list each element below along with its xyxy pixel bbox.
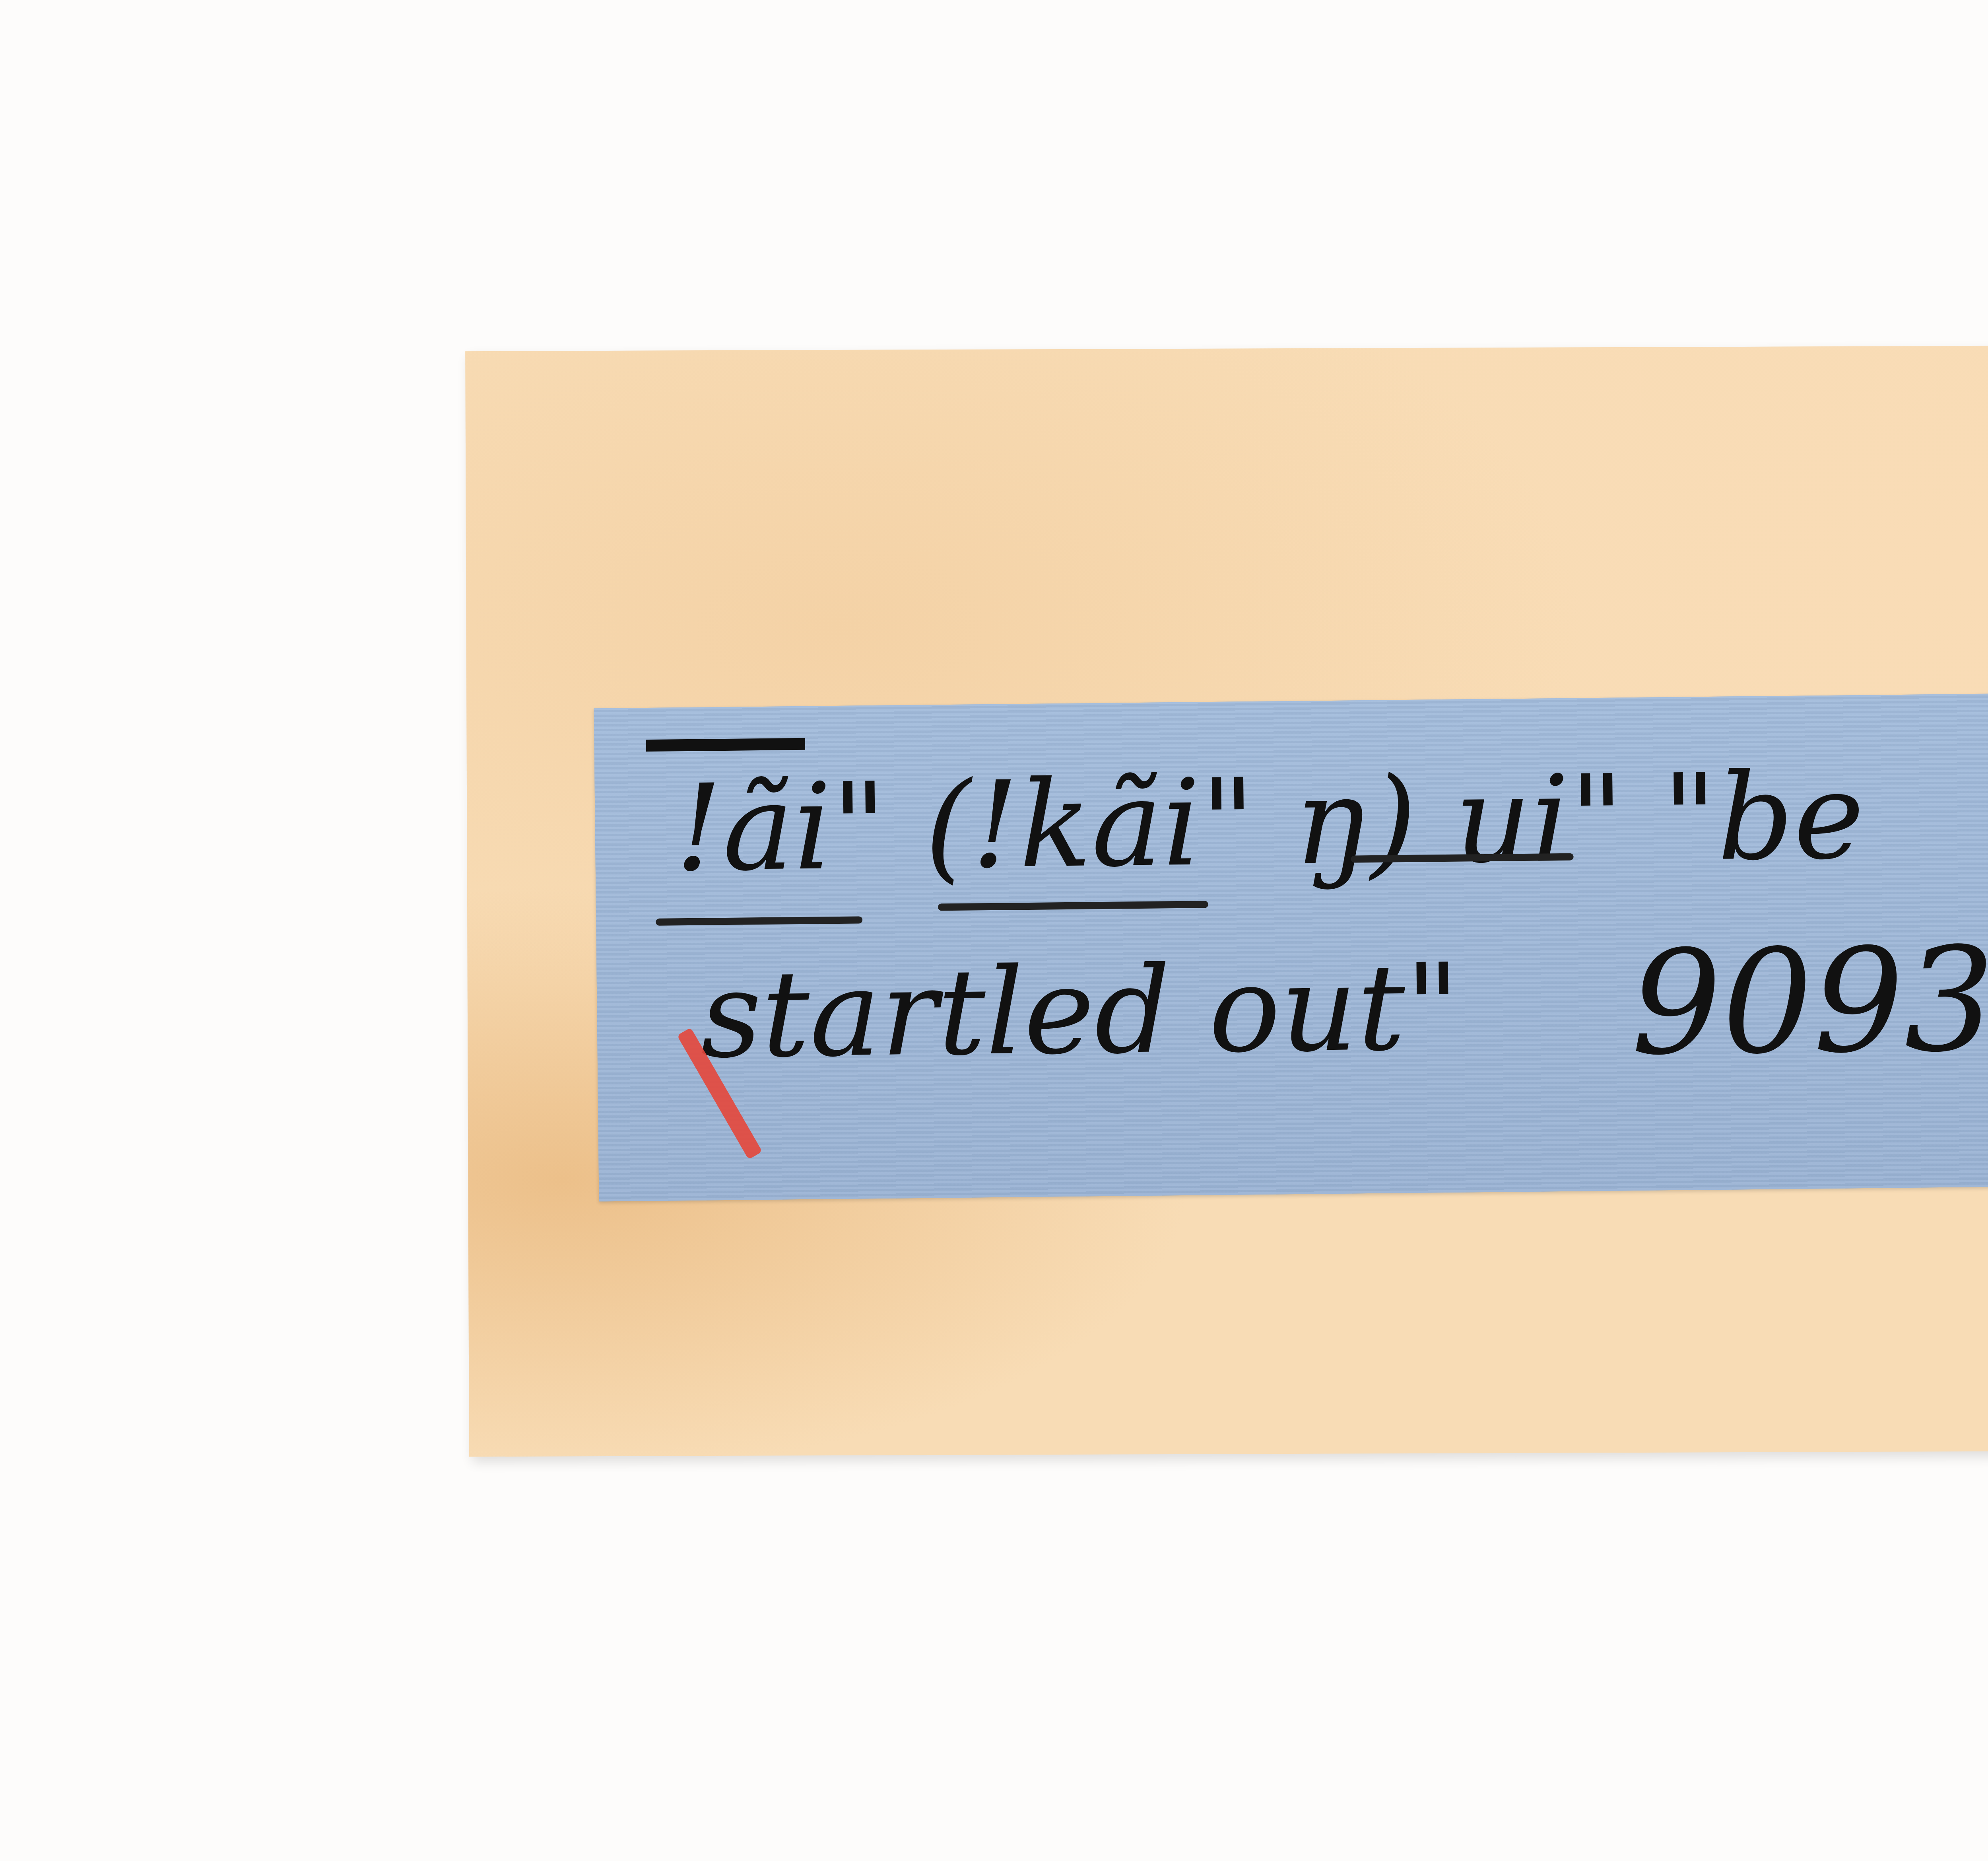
underline-2	[938, 901, 1208, 911]
reference-number: 9093;	[1630, 916, 1988, 1087]
handwritten-line-2: startled out"	[700, 938, 1461, 1085]
handwritten-line-1: !ãi" (!kãi" ŋ) ui" "be	[674, 747, 1865, 898]
underline-1	[656, 916, 862, 925]
blue-paper-slip: !ãi" (!kãi" ŋ) ui" "be startled out" 909…	[594, 692, 1988, 1202]
ink-bar-mark	[646, 738, 805, 752]
